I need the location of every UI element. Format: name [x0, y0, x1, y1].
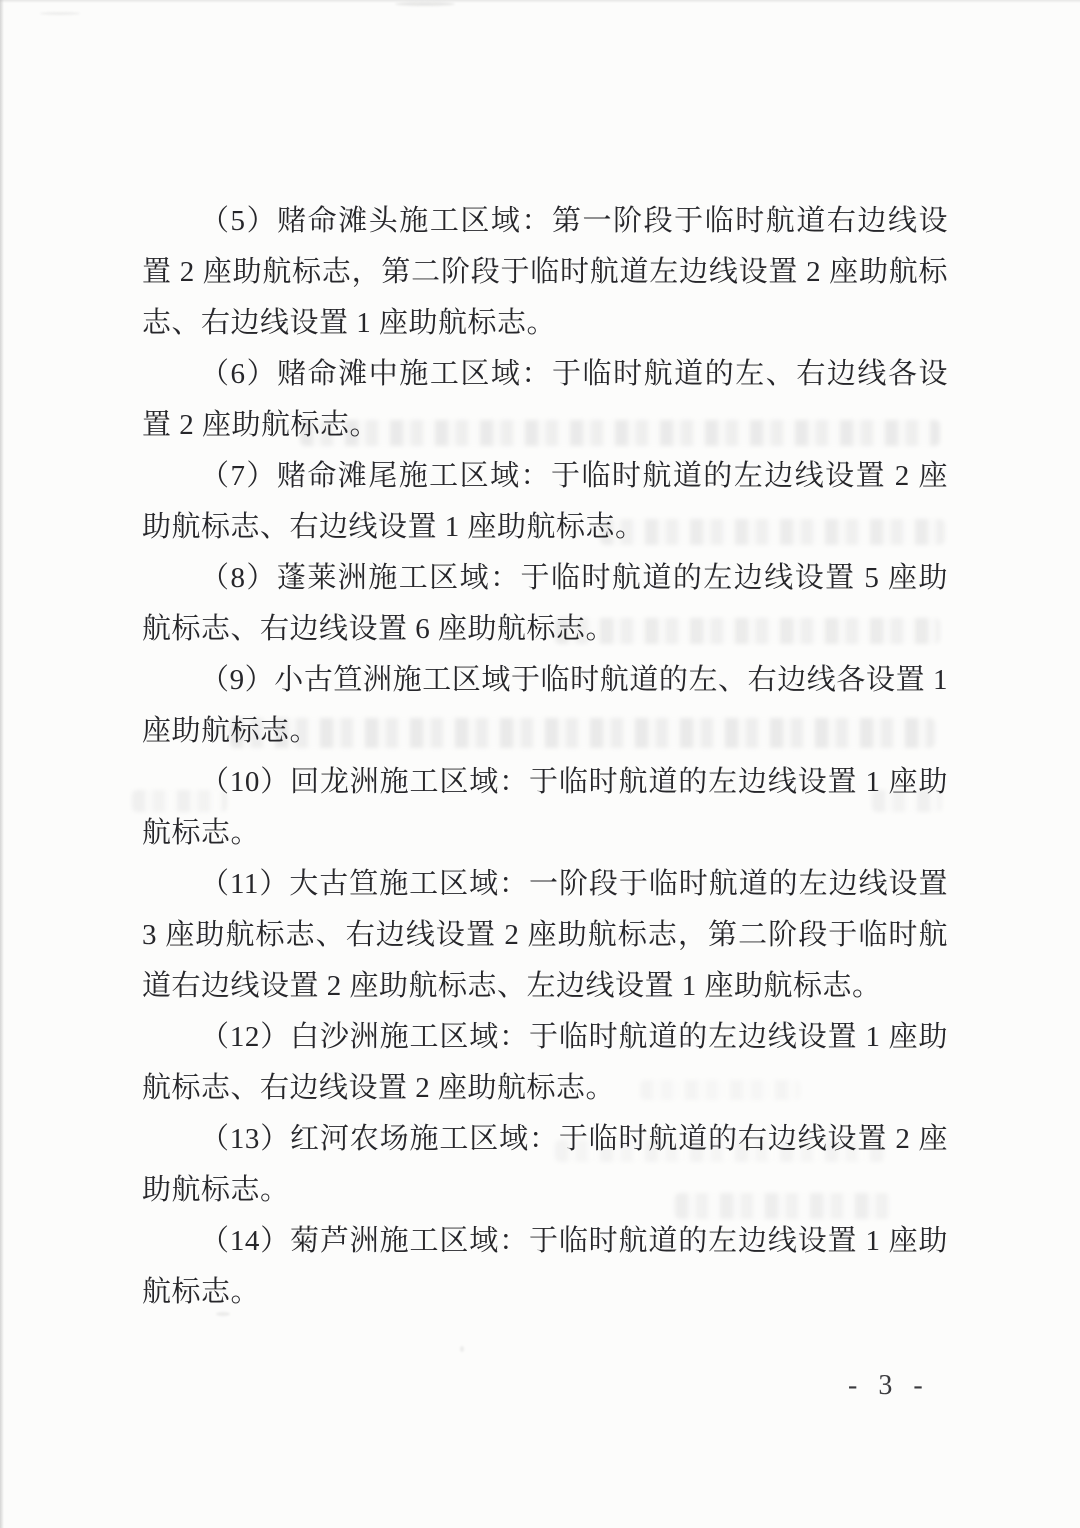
- document-body: （5）赌命滩头施工区域：第一阶段于临时航道右边线设置 2 座助航标志，第二阶段于…: [142, 196, 948, 1318]
- scan-speck: [395, 2, 455, 6]
- scan-edge-shadow-top: [0, 0, 1080, 3]
- paragraph-12: （12）白沙洲施工区域：于临时航道的左边线设置 1 座助航标志、右边线设置 2 …: [142, 1012, 948, 1114]
- paragraph-6: （6）赌命滩中施工区域：于临时航道的左、右边线各设置 2 座助航标志。: [142, 349, 948, 451]
- paragraph-10: （10）回龙洲施工区域：于临时航道的左边线设置 1 座助航标志。: [142, 757, 948, 859]
- scan-edge-shadow-left: [0, 0, 4, 1528]
- paragraph-5: （5）赌命滩头施工区域：第一阶段于临时航道右边线设置 2 座助航标志，第二阶段于…: [142, 196, 948, 349]
- scan-speck: [460, 1346, 464, 1352]
- paragraph-14: （14）菊芦洲施工区域：于临时航道的左边线设置 1 座助航标志。: [142, 1216, 948, 1318]
- paragraph-7: （7）赌命滩尾施工区域：于临时航道的左边线设置 2 座助航标志、右边线设置 1 …: [142, 451, 948, 553]
- scan-speck: [40, 12, 80, 15]
- page-number: - 3 -: [848, 1370, 930, 1402]
- paragraph-11: （11）大古笪施工区域：一阶段于临时航道的左边线设置 3 座助航标志、右边线设置…: [142, 859, 948, 1012]
- paragraph-9: （9）小古笪洲施工区域于临时航道的左、右边线各设置 1 座助航标志。: [142, 655, 948, 757]
- scanned-document-page: （5）赌命滩头施工区域：第一阶段于临时航道右边线设置 2 座助航标志，第二阶段于…: [0, 0, 1080, 1528]
- paragraph-8: （8）蓬莱洲施工区域：于临时航道的左边线设置 5 座助航标志、右边线设置 6 座…: [142, 553, 948, 655]
- paragraph-13: （13）红河农场施工区域：于临时航道的右边线设置 2 座助航标志。: [142, 1114, 948, 1216]
